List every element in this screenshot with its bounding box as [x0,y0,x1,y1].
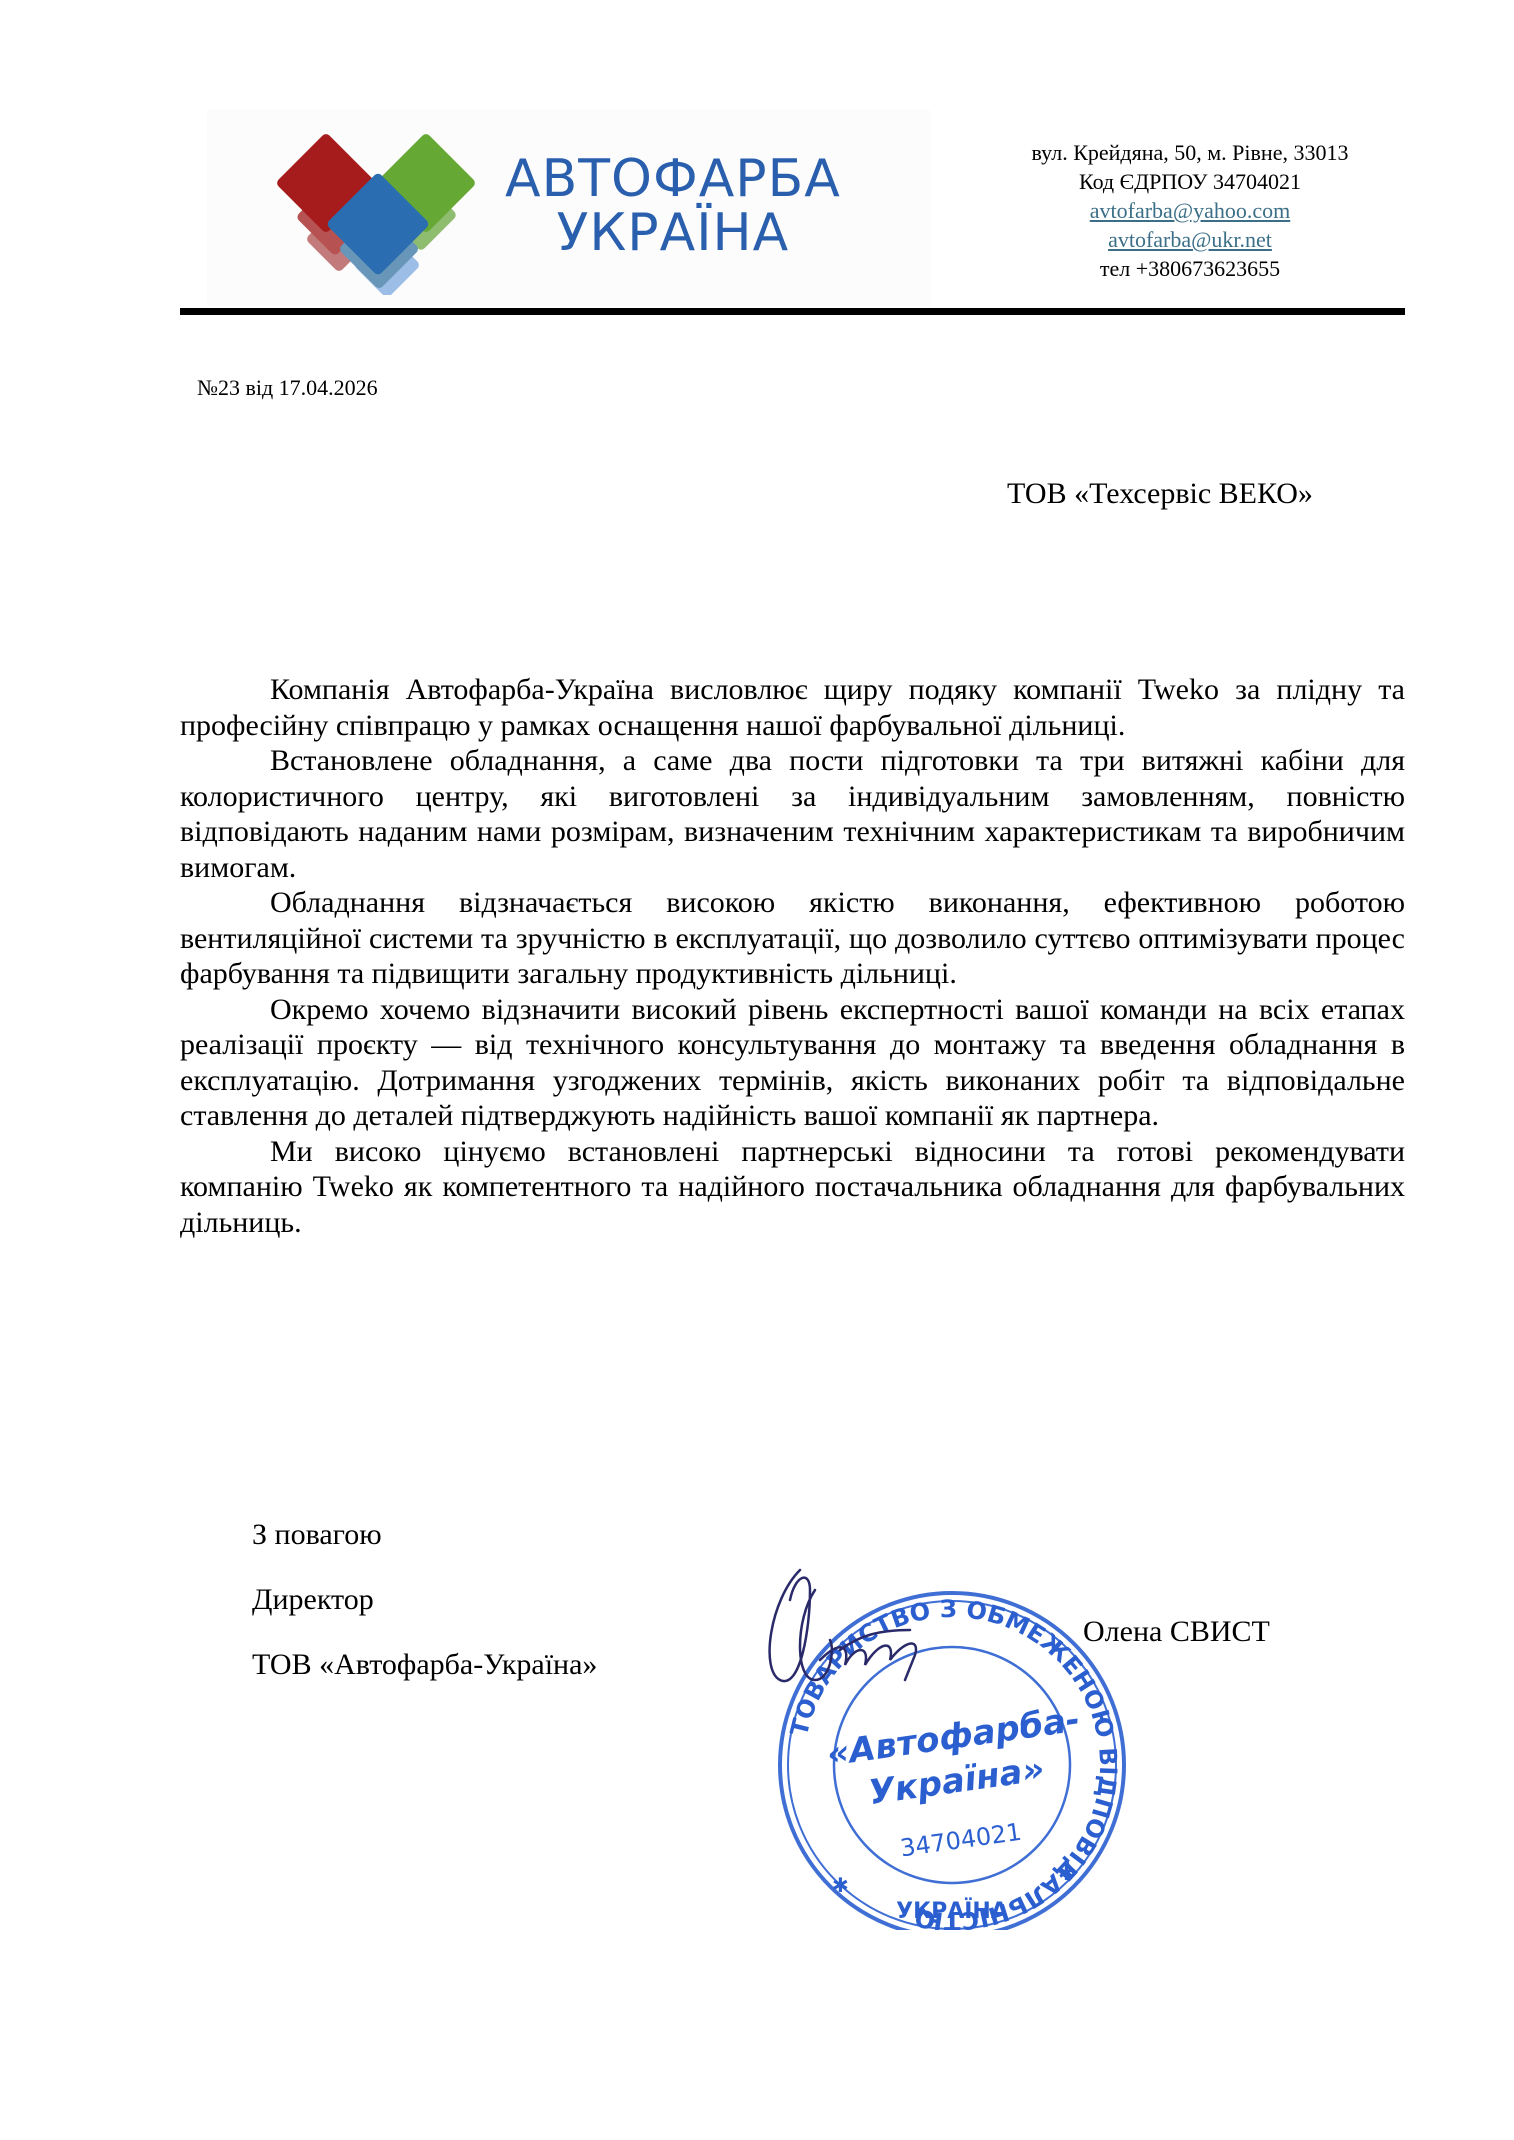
logo-line-2: УКРАЇНА [505,206,841,260]
contact-block: вул. Крейдяна, 50, м. Рівне, 33013 Код Є… [990,138,1390,283]
regards: З повагою [252,1502,597,1567]
email-link-yahoo[interactable]: avtofarba@yahoo.com [990,196,1390,225]
logo-wordmark: АВТОФАРБА УКРАЇНА [505,152,841,260]
svg-text:✱: ✱ [1058,1861,1075,1885]
email-link-ukr[interactable]: avtofarba@ukr.net [990,225,1390,254]
company-stamp-icon: ТОВАРИСТВО З ОБМЕЖЕНОЮ ВІДПОВІДАЛЬНІСТЮ … [740,1530,1140,1930]
letter-reference: №23 від 17.04.2026 [197,375,378,401]
edrpou-code: Код ЄДРПОУ 34704021 [990,167,1390,196]
signer-company: ТОВ «Автофарба-Україна» [252,1632,597,1697]
svg-text:34704021: 34704021 [898,1818,1023,1863]
recipient: ТОВ «Техсервіс ВЕКО» [1007,477,1313,511]
address: вул. Крейдяна, 50, м. Рівне, 33013 [990,138,1390,167]
header-divider [180,308,1405,315]
logo-diamonds-icon [255,125,505,295]
closing-block: З повагою Директор ТОВ «Автофарба-Україн… [252,1502,597,1697]
paragraph: Ми високо цінуємо встановлені партнерськ… [180,1134,1405,1241]
logo-line-1: АВТОФАРБА [505,152,841,206]
svg-text:✱: ✱ [832,1873,849,1897]
svg-text:УКРАЇНА: УКРАЇНА [896,1898,1008,1924]
phone: тел +380673623655 [990,254,1390,283]
paragraph: Встановлене обладнання, а саме два пости… [180,743,1405,885]
letter-body: Компанія Автофарба-Україна висловлює щир… [180,672,1405,1240]
paragraph: Компанія Автофарба-Україна висловлює щир… [180,672,1405,743]
signer-position: Директор [252,1567,597,1632]
paragraph: Обладнання відзначається високою якістю … [180,885,1405,992]
paragraph: Окремо хочемо відзначити високий рівень … [180,992,1405,1134]
